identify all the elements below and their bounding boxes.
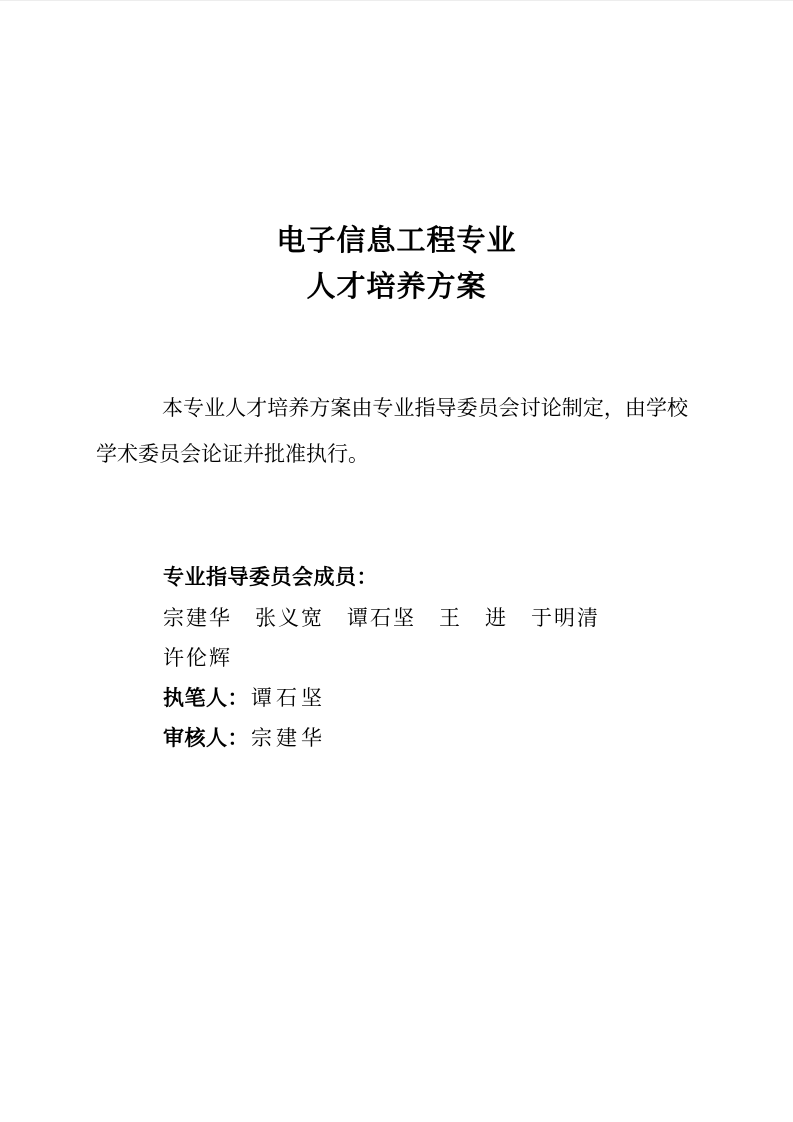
writer-label: 执笔人： — [163, 687, 249, 710]
document-page: 电子信息工程专业 人才培养方案 本专业人才培养方案由专业指导委员会讨论制定，由学… — [0, 0, 793, 1122]
document-title: 电子信息工程专业 人才培养方案 — [0, 218, 793, 310]
committee-section: 专业指导委员会成员： 宗建华 张义宽 谭石坚 王 进 于明清 许伦辉 执笔人：谭… — [163, 558, 600, 758]
reviewer-label: 审核人： — [163, 727, 249, 750]
committee-heading: 专业指导委员会成员： — [163, 558, 600, 598]
reviewer-name: 宗建华 — [251, 726, 326, 750]
writer-name: 谭石坚 — [251, 686, 326, 710]
writer-line: 执笔人：谭石坚 — [163, 678, 600, 718]
document-title-line2: 人才培养方案 — [0, 264, 793, 310]
document-title-line1: 电子信息工程专业 — [0, 218, 793, 264]
committee-members-line-2: 许伦辉 — [163, 638, 600, 678]
reviewer-line: 审核人：宗建华 — [163, 718, 600, 758]
intro-paragraph: 本专业人才培养方案由专业指导委员会讨论制定，由学校学术委员会论证并批准执行。 — [96, 385, 688, 477]
committee-members-line-1: 宗建华 张义宽 谭石坚 王 进 于明清 — [163, 598, 600, 638]
